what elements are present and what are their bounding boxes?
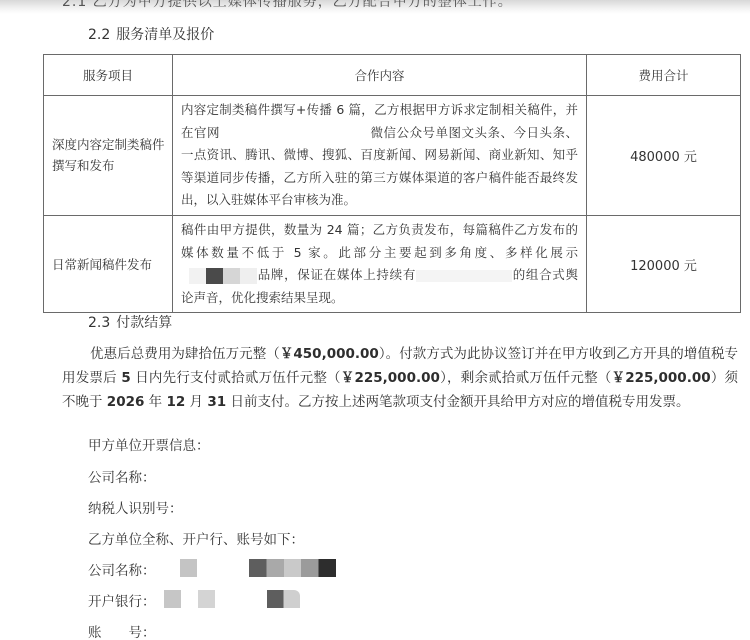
service-item-cell: 深度内容定制类稿件撰写和发布: [44, 96, 173, 216]
deadline-day: 31: [207, 394, 226, 410]
deadline-year: 2026: [107, 394, 145, 410]
section-number: 2.2: [88, 27, 110, 43]
party-a-billing-title: 甲方单位开票信息：: [88, 434, 210, 454]
redacted-bank-name: [267, 590, 300, 608]
redacted-bank-name: [198, 590, 215, 608]
section-2-2-heading: 2.2服务清单及报价: [88, 24, 214, 44]
table-header-row: 服务项目 合作内容 费用合计: [44, 55, 741, 96]
payment-terms-paragraph: 优惠后总费用为肆拾伍万元整（￥450,000.00）。付款方式为此协议签订并在甲…: [62, 342, 738, 414]
redacted-company-name: [249, 559, 336, 577]
payment-text: ），剩余贰拾贰万伍仟元整（: [440, 370, 612, 386]
table-row: 日常新闻稿件发布 稿件由甲方提供，数量为 24 篇；乙方负责发布，每篇稿件乙方发…: [44, 215, 741, 312]
party-a-company-label: 公司名称：: [88, 466, 156, 486]
payment-text: 日内先行支付贰拾贰万伍仟元整（: [131, 370, 341, 386]
section-number: 2.3: [88, 315, 110, 331]
table-row: 深度内容定制类稿件撰写和发布 内容定制类稿件撰写+传播 6 篇，乙方根据甲方诉求…: [44, 96, 741, 216]
party-b-bank-label: 开户银行：: [88, 590, 156, 610]
party-b-info-title: 乙方单位全称、开户行、账号如下：: [88, 528, 304, 548]
section-2-3-heading: 2.3付款结算: [88, 312, 172, 332]
content-text: 稿件由甲方提供，数量为 24 篇；乙方负责发布，每篇稿件乙方发布的媒体数量不低于…: [181, 222, 578, 260]
redaction-mosaic: [189, 268, 257, 284]
second-payment-amount: ￥225,000.00: [612, 370, 711, 386]
content-text: 品牌，保证在媒体上持续有: [257, 267, 416, 282]
party-b-company-label: 公司名称：: [88, 559, 156, 579]
service-price-table: 服务项目 合作内容 费用合计 深度内容定制类稿件撰写和发布 内容定制类稿件撰写+…: [43, 54, 741, 313]
fee-cell: 120000 元: [587, 215, 741, 312]
redacted-company-name: [180, 559, 197, 577]
payment-text: 日前支付。乙方按上述两笔款项支付金额开具给甲方对应的增值税专用发票。: [226, 394, 689, 410]
section-title: 服务清单及报价: [116, 27, 214, 43]
service-item-cell: 日常新闻稿件发布: [44, 215, 173, 312]
deadline-month: 12: [166, 394, 185, 410]
content-text: 微信公众号单图文头条、今日头条、一点资讯、腾讯、微博、搜狐、百度新闻、网易新闻、…: [181, 125, 578, 208]
content-cell: 稿件由甲方提供，数量为 24 篇；乙方负责发布，每篇稿件乙方发布的媒体数量不低于…: [173, 215, 587, 312]
party-a-tax-id-label: 纳税人识别号：: [88, 497, 183, 517]
header-cooperation-content: 合作内容: [173, 55, 587, 96]
payment-text: 年: [144, 394, 166, 410]
header-total-fee: 费用合计: [587, 55, 741, 96]
total-amount: ￥450,000.00: [280, 346, 379, 362]
payment-days: 5: [121, 370, 130, 386]
cut-off-top-text: 2.1 乙方为甲方提供以上媒体传播服务，乙方配合甲方的整体工作。: [62, 0, 513, 11]
payment-text: 月: [185, 394, 207, 410]
payment-text: 优惠后总费用为肆拾伍万元整（: [90, 346, 280, 362]
header-service-item: 服务项目: [44, 55, 173, 96]
section-title: 付款结算: [116, 315, 172, 331]
first-payment-amount: ￥225,000.00: [341, 370, 440, 386]
party-b-account-label: 账 号：: [88, 621, 156, 640]
content-cell: 内容定制类稿件撰写+传播 6 篇，乙方根据甲方诉求定制相关稿件，并在官网微信公众…: [173, 96, 587, 216]
fee-cell: 480000 元: [587, 96, 741, 216]
redacted-blank: [416, 270, 512, 282]
redacted-bank-name: [164, 590, 181, 608]
